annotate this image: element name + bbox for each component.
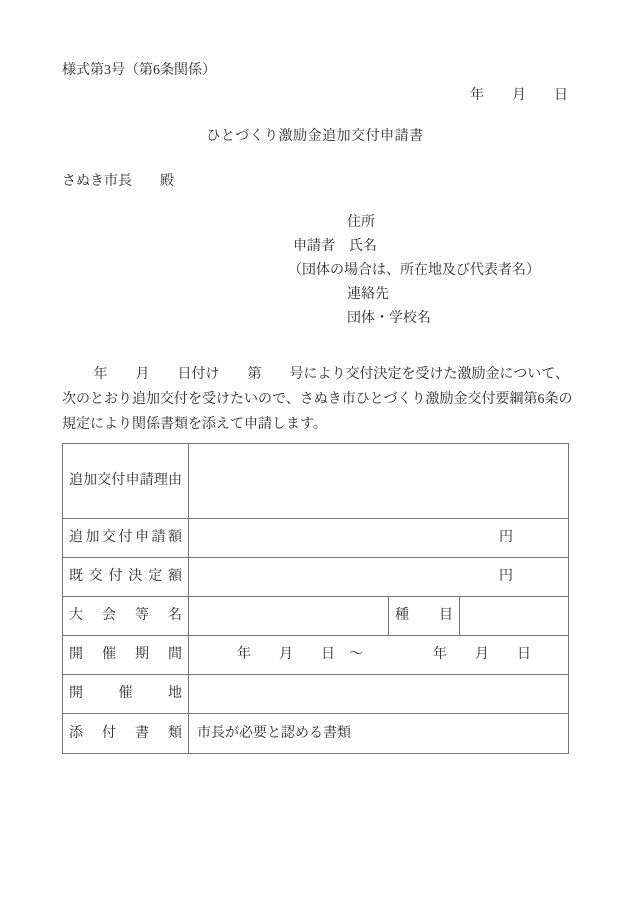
applicant-org-school-label: 団体・学校名 [0,307,630,331]
application-table: 追加交付申請理由 追加交付申請額 円 既交付決定額 円 大会等名 種目 開催期間… [62,443,569,754]
attachments-value-cell: 市長が必要と認める書類 [189,714,569,754]
decided-amount-value-cell: 円 [189,558,569,597]
period-value-cell: 年 月 日 ～ 年 月 日 [189,636,569,675]
table-row-period: 開催期間 年 月 日 ～ 年 月 日 [63,636,569,675]
applicant-block: 住所 申請者 氏名 （団体の場合は、所在地及び代表者名） 連絡先 団体・学校名 [0,211,630,331]
period-label: 開催期間 [63,636,189,675]
form-number: 様式第3号（第6条関係） [62,62,216,80]
category-label: 種目 [389,597,460,636]
page-title: ひとづくり激励金追加交付申請書 [0,128,630,146]
table-row-attachments: 添付書類 市長が必要と認める書類 [63,714,569,754]
additional-amount-label: 追加交付申請額 [63,519,189,558]
category-value-cell [460,597,569,636]
document-page: 様式第3号（第6条関係） 年 月 日 ひとづくり激励金追加交付申請書 さぬき市長… [0,0,630,903]
body-line-2: 次のとおり追加交付を受けたいので、さぬき市ひとづくり激励金交付要綱第6条の [62,387,582,412]
body-line-1: 年 月 日付け 第 号により交付決定を受けた激励金について、 [62,362,582,387]
body-paragraph: 年 月 日付け 第 号により交付決定を受けた激励金について、 次のとおり追加交付… [62,362,582,437]
event-name-value-cell [189,597,389,636]
venue-label: 開催地 [63,675,189,714]
reason-label: 追加交付申請理由 [63,444,189,519]
table-row-additional-amount: 追加交付申請額 円 [63,519,569,558]
table-row-decided-amount: 既交付決定額 円 [63,558,569,597]
venue-value-cell [189,675,569,714]
table-row-venue: 開催地 [63,675,569,714]
applicant-contact-label: 連絡先 [0,283,630,307]
event-name-label: 大会等名 [63,597,189,636]
date-line: 年 月 日 [62,87,568,105]
additional-amount-value-cell: 円 [189,519,569,558]
reason-value-cell [189,444,569,519]
body-line-3: 規定により関係書類を添えて申請します。 [62,412,582,437]
applicant-address-label: 住所 [0,211,630,235]
decided-amount-label: 既交付決定額 [63,558,189,597]
table-row-event-name: 大会等名 種目 [63,597,569,636]
attachments-label: 添付書類 [63,714,189,754]
applicant-name-line: 申請者 氏名 [0,235,630,259]
table-row-reason: 追加交付申請理由 [63,444,569,519]
addressee-line: さぬき市長 殿 [62,173,174,191]
applicant-org-note: （団体の場合は、所在地及び代表者名） [0,259,630,283]
